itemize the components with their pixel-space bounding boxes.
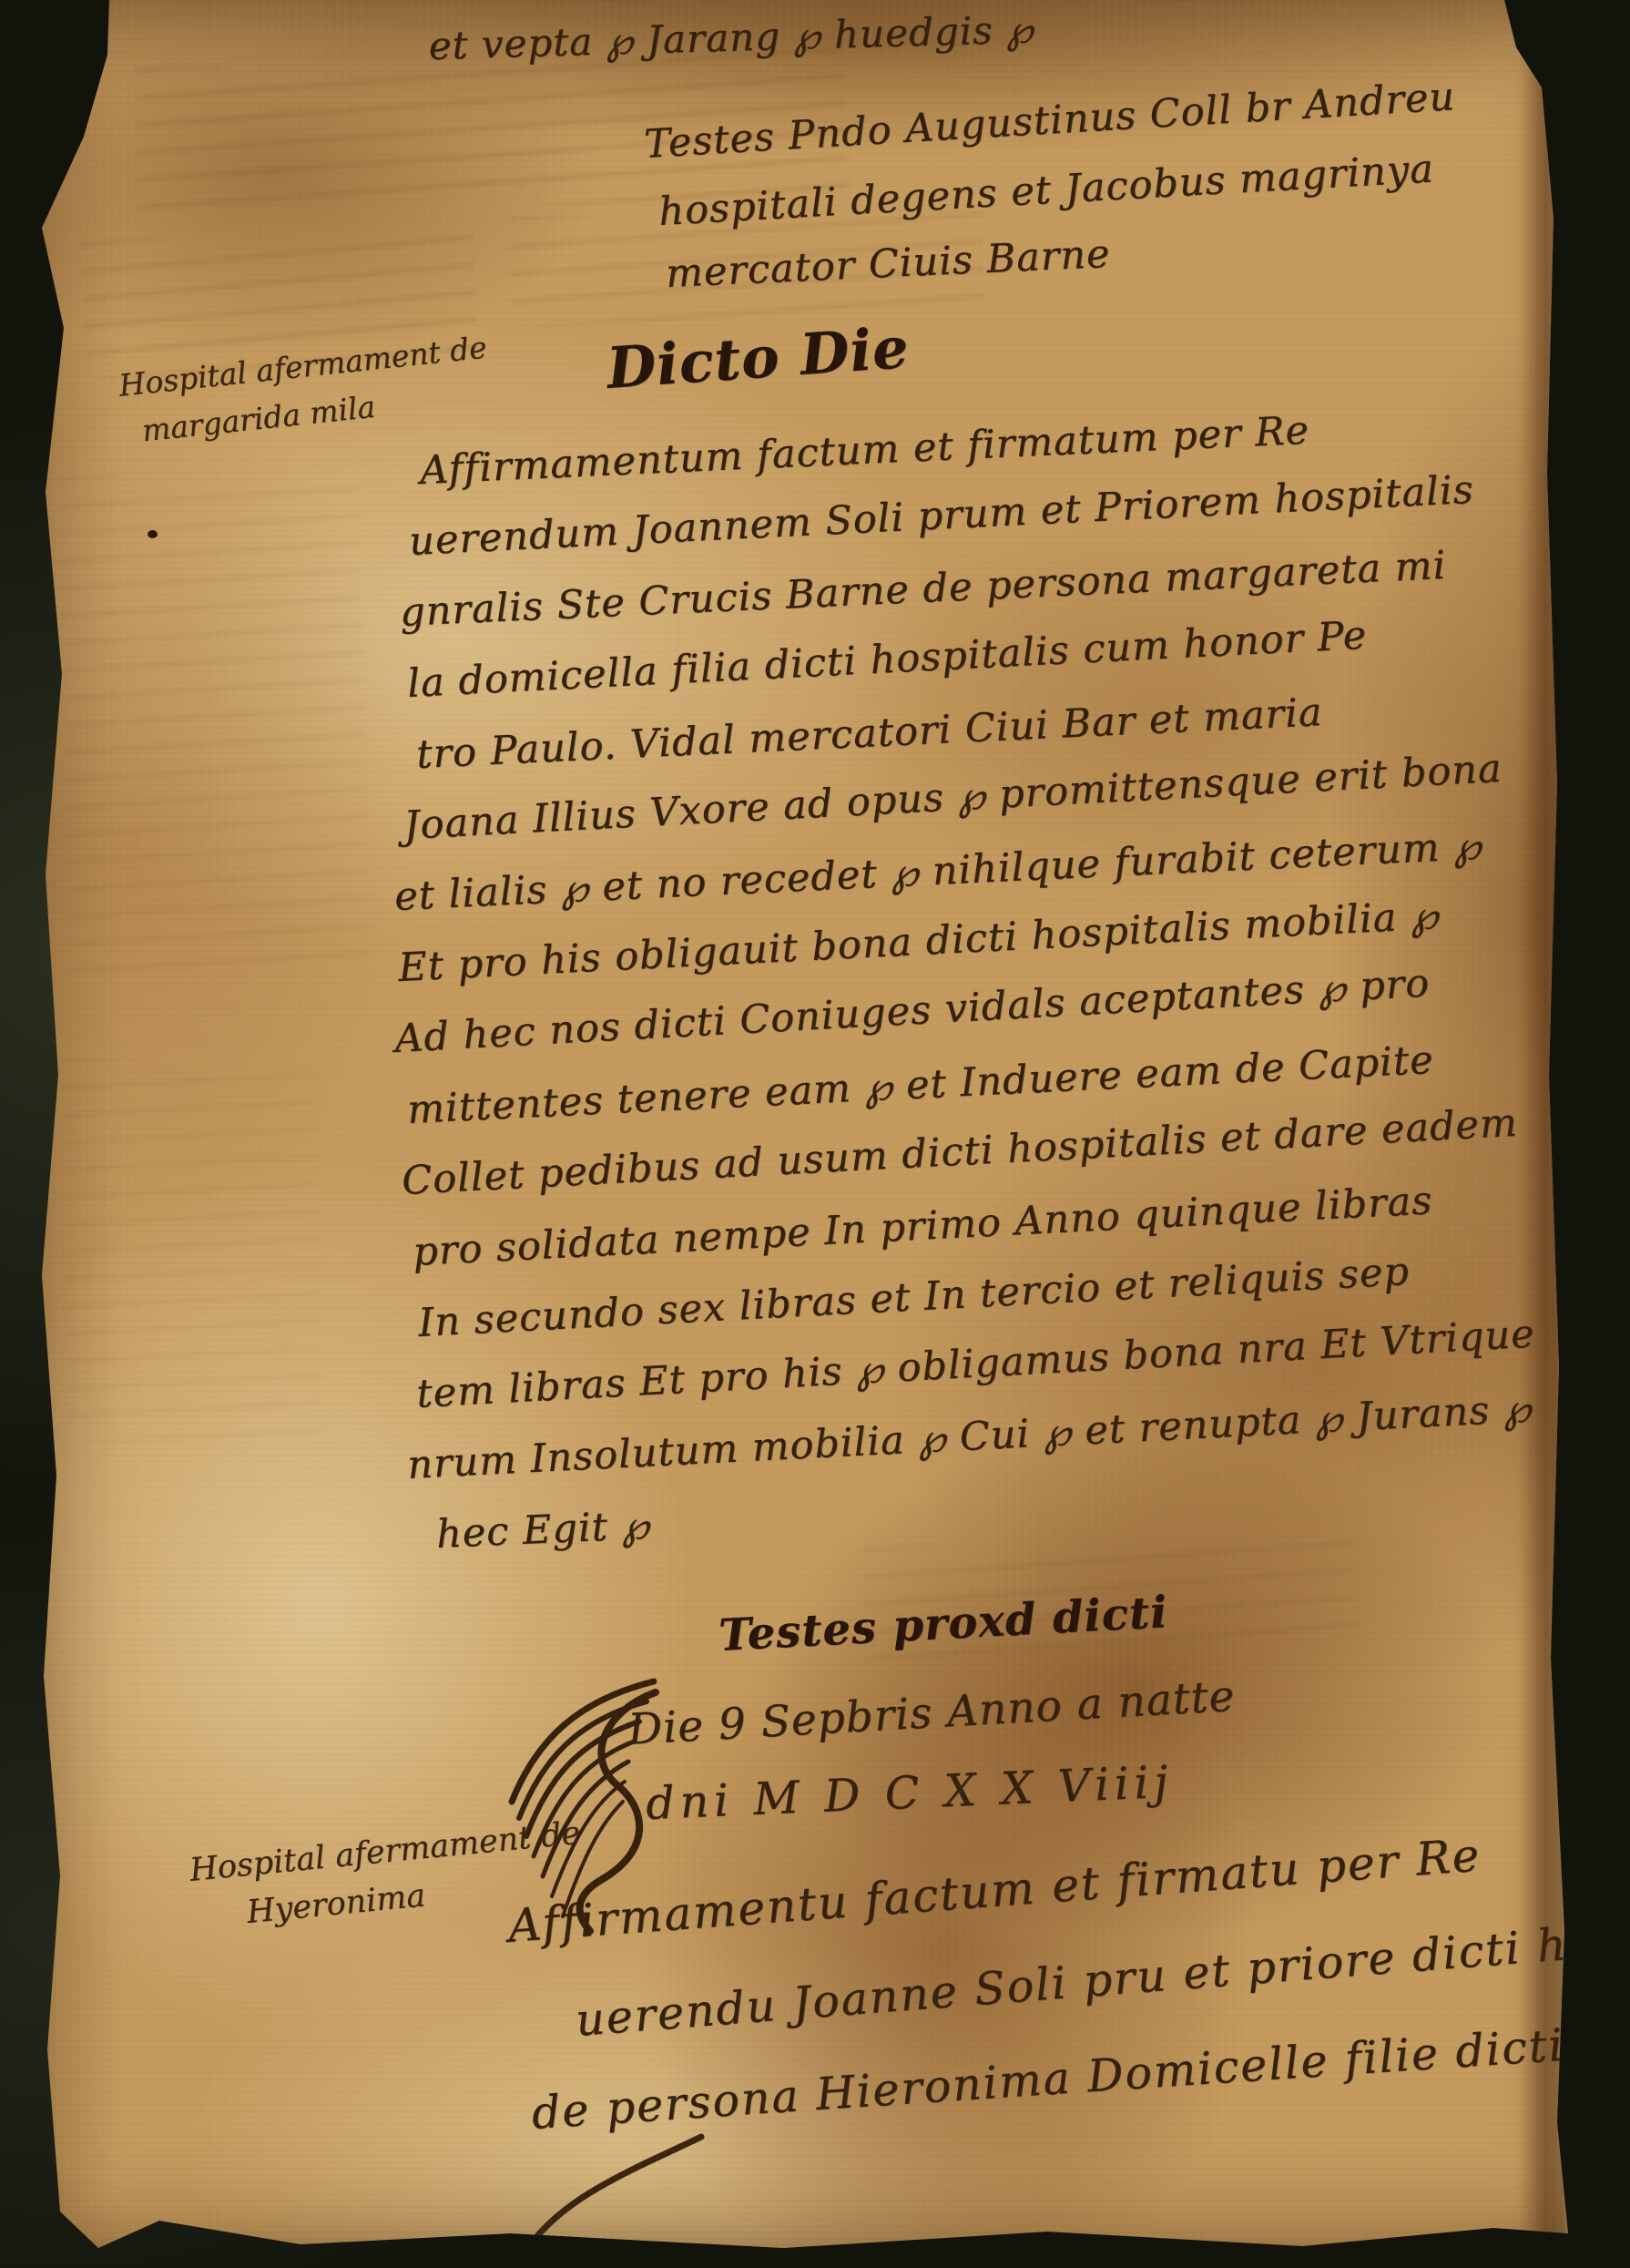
entry1-line: hec Egit ℘: [435, 1503, 650, 1558]
bleedthrough-text: [60, 1055, 321, 1442]
entry1-heading: Dicto Die: [605, 314, 912, 402]
entry1-testes-heading: Testes proxd dicti: [718, 1587, 1169, 1661]
bleedthrough-text: [57, 470, 372, 987]
date-line-2: dni M D C X X Viiij: [645, 1756, 1174, 1830]
manuscript-photograph: et vepta ℘ Jarang ℘ huedgis ℘ Testes Pnd…: [0, 0, 1630, 2268]
date-line-1: Die 9 Sepbris Anno a natte: [627, 1671, 1237, 1755]
margin-note-margarida: Hospital afermament de margarida mila: [117, 324, 494, 457]
witnesses-line-3: mercator Ciuis Barne: [665, 231, 1111, 297]
ink-dot: [148, 530, 158, 538]
annotation-top-line: et vepta ℘ Jarang ℘ huedgis ℘: [428, 6, 1034, 68]
manuscript-page: et vepta ℘ Jarang ℘ huedgis ℘ Testes Pnd…: [0, 0, 1630, 2268]
